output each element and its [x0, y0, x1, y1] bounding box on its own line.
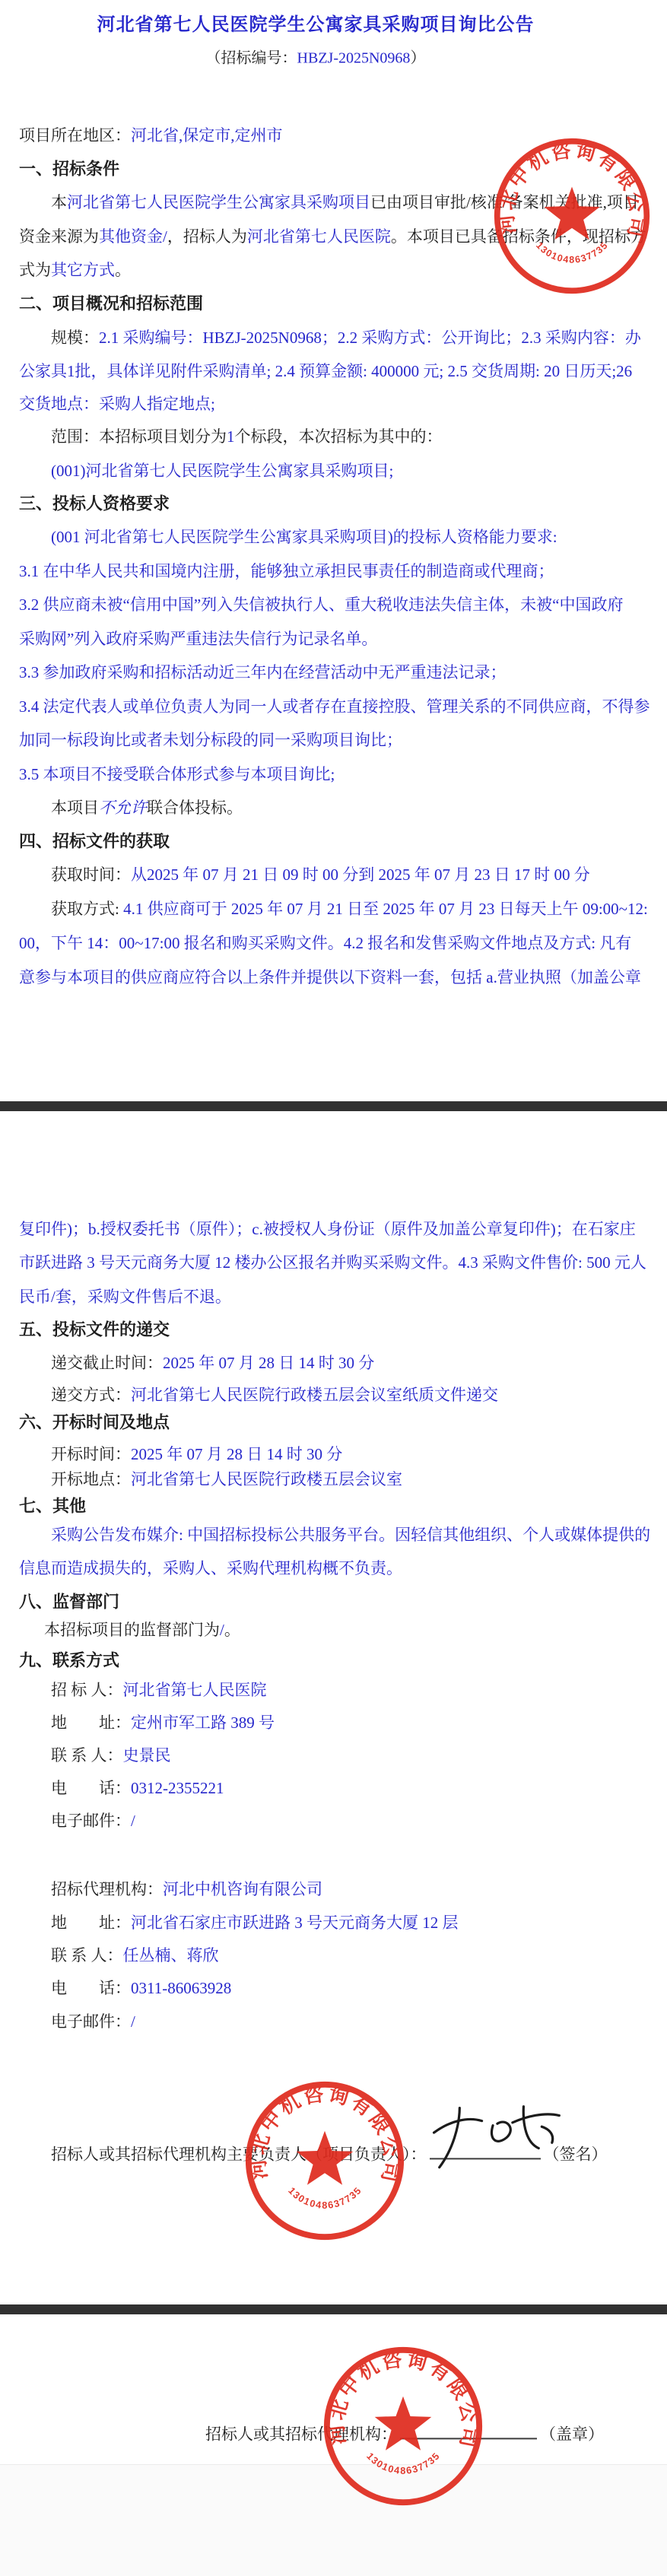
doc-title: 河北省第七人民医院学生公寓家具采购项目询比公告	[0, 14, 631, 37]
text-segment: 河北省第七人民医院	[123, 1681, 267, 1699]
section-heading: 五、投标文件的递交	[19, 1319, 170, 1340]
text-segment: 招标人或其招标代理机构主要负责人（项目负责人）：	[51, 2145, 427, 2163]
text-line: 采购公告发布媒介: 中国招标投标公共服务平台。因轻信其他组织、个人或媒体提供的	[51, 1525, 650, 1545]
text-segment: /	[131, 2012, 135, 2031]
section-heading: 七、其他	[19, 1495, 86, 1517]
text-line: 获取时间：从2025 年 07 月 21 日 09 时 00 分到 2025 年…	[51, 865, 590, 885]
text-segment: 加同一标段询比或者未划分标段的同一采购项目询比；	[19, 731, 402, 749]
text-segment: 电 话：	[51, 1779, 131, 1797]
signature-line-org: 招标人或其招标代理机构：（盖章）	[205, 2423, 604, 2444]
text-segment: 任丛楠、蒋欣	[123, 1946, 219, 1965]
section-heading: 九、联系方式	[19, 1650, 119, 1671]
text-segment: 其他资金/	[99, 227, 167, 246]
text-segment: 八、监督部门	[19, 1592, 119, 1611]
text-segment: 递交截止时间：	[51, 1354, 163, 1372]
text-segment: 五、投标文件的递交	[19, 1320, 170, 1339]
text-segment: 公家具1批，具体详见附件采购清单; 2.4 预算金额: 400000 元; 2.…	[19, 362, 632, 380]
text-segment: 招标代理机构：	[51, 1880, 163, 1898]
section-heading: 三、投标人资格要求	[19, 493, 170, 514]
text-line: 交货地点：采购人指定地点;	[19, 394, 215, 414]
text-line: 招 标 人：河北省第七人民医院	[51, 1680, 267, 1700]
text-segment: 三、投标人资格要求	[19, 494, 170, 513]
text-line: 本河北省第七人民医院学生公寓家具采购项目已由项目审批/核准/备案机关批准,项目	[51, 192, 639, 212]
text-segment: 开标地点：	[51, 1470, 131, 1488]
text-line: 电 话：0312-2355221	[51, 1778, 224, 1798]
text-line: 递交方式：河北省第七人民医院行政楼五层会议室纸质文件递交	[51, 1385, 498, 1405]
text-line: 递交截止时间：2025 年 07 月 28 日 14 时 30 分	[51, 1353, 374, 1373]
text-segment: 0311-86063928	[131, 1979, 231, 1997]
text-line: 00，下午 14：00~17:00 报名和购买采购文件。4.2 报名和发售采购文…	[19, 933, 631, 953]
text-segment: 电子邮件：	[51, 2012, 131, 2031]
section-heading: 六、开标时间及地点	[19, 1412, 170, 1433]
text-line: 3.3 参加政府采购和招标活动近三年内在经营活动中无严重违法记录；	[19, 662, 507, 682]
text-segment: 递交方式：	[51, 1386, 131, 1404]
text-line: 3.2 供应商未被“信用中国”列入失信被执行人、重大税收违法失信主体，未被“中国…	[19, 595, 623, 615]
text-segment: 。	[224, 1621, 240, 1639]
text-segment: 联 系 人：	[51, 1746, 123, 1764]
text-segment: 河北省第七人民医院	[247, 227, 391, 246]
text-segment: ，招标人为	[167, 227, 247, 246]
text-segment: 已由项目审批/核准/备案机关批准,项目	[370, 193, 639, 211]
text-line: 获取方式: 4.1 供应商可于 2025 年 07 月 21 日至 2025 年…	[51, 899, 648, 919]
handwritten-signature	[426, 2094, 575, 2177]
text-line: 3.4 法定代表人或单位负责人为同一人或者存在直接控股、管理关系的不同供应商，不…	[19, 697, 650, 716]
text-line: 资金来源为其他资金/，招标人为河北省第七人民医院。本项目已具备招标条件，现招标方	[19, 227, 646, 246]
text-segment: 七、其他	[19, 1496, 86, 1515]
text-line: 采购网”列入政府采购严重违法失信行为记录名单。	[19, 629, 377, 649]
text-line: 地 址：河北省石家庄市跃进路 3 号天元商务大厦 12 层	[51, 1913, 459, 1933]
text-segment: 1	[227, 427, 235, 446]
doc-number: （招标编号：HBZJ-2025N0968）	[0, 49, 631, 68]
text-segment: 项目所在地区：	[19, 126, 131, 145]
text-segment: 采购公告发布媒介: 中国招标投标公共服务平台。因轻信其他组织、个人或媒体提供的	[51, 1526, 650, 1544]
section-heading: 四、招标文件的获取	[19, 831, 170, 852]
text-segment: 本项目	[51, 799, 99, 817]
text-segment: 资金来源为	[19, 227, 99, 246]
text-segment: 获取时间：	[51, 866, 131, 884]
text-segment: /	[131, 1812, 135, 1830]
text-segment: 联 系 人：	[51, 1946, 123, 1965]
text-segment: 其它方式	[51, 261, 115, 279]
text-segment: 式为	[19, 261, 51, 279]
text-line: 公家具1批，具体详见附件采购清单; 2.4 预算金额: 400000 元; 2.…	[19, 361, 632, 381]
text-line: 信息而造成损失的，采购人、采购代理机构概不负责。	[19, 1558, 402, 1578]
text-segment: 信息而造成损失的，采购人、采购代理机构概不负责。	[19, 1559, 402, 1577]
text-segment: 一、招标条件	[19, 159, 119, 178]
text-line: (001 河北省第七人民医院学生公寓家具采购项目)的投标人资格能力要求:	[51, 527, 557, 547]
text-line: 地 址：定州市军工路 389 号	[51, 1713, 275, 1733]
text-line: 招标代理机构：河北中机咨询有限公司	[51, 1879, 322, 1899]
text-segment: （招标编号：	[206, 50, 297, 67]
text-segment: 4.1 供应商可于 2025 年 07 月 21 日至 2025 年 07 月 …	[123, 900, 648, 918]
text-segment: 四、招标文件的获取	[19, 831, 170, 850]
text-segment: 。	[115, 261, 131, 279]
page-separator	[0, 2304, 667, 2314]
text-segment: 河北省第七人民医院行政楼五层会议室纸质文件递交	[131, 1386, 498, 1404]
text-segment: 史景民	[123, 1746, 171, 1764]
text-line: 联 系 人：史景民	[51, 1745, 171, 1765]
text-segment: 意参与本项目的供应商应符合以上条件并提供以下资料一套，包括 a.营业执照（加盖公…	[19, 968, 641, 986]
text-line: 3.5 本项目不接受联合体形式参与本项目询比;	[19, 764, 335, 784]
text-segment: 个标段，本次招标为其中的：	[235, 427, 443, 446]
text-segment: 复印件)；b.授权委托书（原件）；c.被授权人身份证（原件及加盖公章复印件)；在…	[19, 1220, 636, 1238]
text-segment: 本招标项目的监督部门为	[44, 1621, 220, 1639]
text-segment: （盖章）	[540, 2425, 604, 2443]
text-segment: 3.3 参加政府采购和招标活动近三年内在经营活动中无严重违法记录；	[19, 663, 507, 681]
text-segment: 联合体投标。	[147, 799, 243, 817]
text-line: 电 话：0311-86063928	[51, 1978, 231, 1998]
text-segment: 地 址：	[51, 1714, 131, 1732]
text-segment: 00，下午 14：00~17:00 报名和购买采购文件。4.2 报名和发售采购文…	[19, 934, 631, 952]
text-segment: 招 标 人：	[51, 1681, 123, 1699]
text-segment: 市跃进路 3 号天元商务大厦 12 楼办公区报名并购买采购文件。4.3 采购文件…	[19, 1253, 646, 1272]
text-segment: 2025 年 07 月 28 日 14 时 30 分	[163, 1354, 374, 1372]
section-heading: 八、监督部门	[19, 1591, 119, 1612]
text-segment: 定州市军工路 389 号	[131, 1714, 275, 1732]
text-segment: 招标人或其招标代理机构：	[205, 2425, 397, 2443]
text-segment: 电子邮件：	[51, 1812, 131, 1830]
text-segment: 河北省第七人民医院学生公寓家具采购项目	[67, 193, 370, 211]
text-line: 复印件)；b.授权委托书（原件）；c.被授权人身份证（原件及加盖公章复印件)；在…	[19, 1219, 636, 1239]
text-segment: 九、联系方式	[19, 1650, 119, 1669]
text-segment: 。本项目已具备招标条件，现招标方	[391, 227, 646, 246]
text-segment: ）	[410, 50, 425, 67]
text-line: 范围：本招标项目划分为1个标段，本次招标为其中的：	[51, 427, 443, 446]
text-line: 开标地点：河北省第七人民医院行政楼五层会议室	[51, 1469, 402, 1489]
text-segment: 电 话：	[51, 1979, 131, 1997]
section-heading: 一、招标条件	[19, 158, 119, 179]
text-segment: 民币/套，采购文件售后不退。	[19, 1288, 231, 1306]
text-segment: 河北省,保定市,定州市	[131, 126, 283, 145]
text-segment: 2025 年 07 月 28 日 14 时 30 分	[131, 1445, 342, 1463]
text-line: 式为其它方式。	[19, 260, 131, 280]
text-line: 3.1 在中华人民共和国境内注册，能够独立承担民事责任的制造商或代理商；	[19, 561, 554, 581]
text-segment: 3.2 供应商未被“信用中国”列入失信被执行人、重大税收违法失信主体，未被“中国…	[19, 596, 623, 614]
text-segment: HBZJ-2025N0968	[297, 50, 411, 67]
text-segment: 2.1 采购编号：HBZJ-2025N0968；2.2 采购方式：公开询比；2.…	[99, 329, 641, 347]
text-segment: 采购网”列入政府采购严重违法失信行为记录名单。	[19, 630, 377, 648]
text-line: 联 系 人：任丛楠、蒋欣	[51, 1945, 219, 1965]
text-segment: 地 址：	[51, 1914, 131, 1932]
text-segment: 范围：本招标项目划分为	[51, 427, 227, 446]
text-segment: 3.1 在中华人民共和国境内注册，能够独立承担民事责任的制造商或代理商；	[19, 562, 554, 580]
text-line: 电子邮件：/	[51, 2012, 135, 2031]
text-segment: 河北省第七人民医院学生公寓家具采购项目询比公告	[97, 15, 535, 35]
text-segment: 3.4 法定代表人或单位负责人为同一人或者存在直接控股、管理关系的不同供应商，不…	[19, 697, 650, 716]
text-segment: 河北省石家庄市跃进路 3 号天元商务大厦 12 层	[131, 1914, 459, 1932]
page-separator	[0, 1101, 667, 1111]
text-line: 本招标项目的监督部门为/。	[44, 1620, 240, 1640]
text-segment: 0312-2355221	[131, 1779, 224, 1797]
project-region: 项目所在地区：河北省,保定市,定州市	[19, 125, 283, 145]
text-segment: 二、项目概况和招标范围	[19, 294, 203, 313]
text-segment: 从2025 年 07 月 21 日 09 时 00 分到 2025 年 07 月…	[131, 866, 590, 884]
text-line: 电子邮件：/	[51, 1811, 135, 1831]
text-segment: 获取方式:	[51, 900, 123, 918]
text-line: 市跃进路 3 号天元商务大厦 12 楼办公区报名并购买采购文件。4.3 采购文件…	[19, 1253, 646, 1272]
text-segment: 河北中机咨询有限公司	[163, 1880, 322, 1898]
text-segment: (001 河北省第七人民医院学生公寓家具采购项目)的投标人资格能力要求:	[51, 528, 557, 546]
text-segment: (001)河北省第七人民医院学生公寓家具采购项目;	[51, 462, 393, 480]
page-3-scan-edge	[0, 2464, 667, 2576]
signature-blank-line	[400, 2423, 537, 2439]
text-segment: 本	[51, 193, 67, 211]
section-heading: 二、项目概况和招标范围	[19, 293, 203, 314]
text-line: 加同一标段询比或者未划分标段的同一采购项目询比；	[19, 730, 402, 750]
text-line: 民币/套，采购文件售后不退。	[19, 1287, 231, 1307]
text-segment: 规模：	[51, 329, 99, 347]
text-segment: 3.5 本项目不接受联合体形式参与本项目询比;	[19, 765, 335, 783]
text-segment: 交货地点：采购人指定地点;	[19, 395, 215, 413]
text-line: 意参与本项目的供应商应符合以上条件并提供以下资料一套，包括 a.营业执照（加盖公…	[19, 967, 641, 987]
text-segment: 河北省第七人民医院行政楼五层会议室	[131, 1470, 402, 1488]
text-segment: 六、开标时间及地点	[19, 1412, 170, 1431]
text-segment: 开标时间：	[51, 1445, 131, 1463]
text-line: 本项目不允许联合体投标。	[51, 798, 243, 818]
text-segment: 不允许	[99, 799, 147, 817]
text-line: 开标时间：2025 年 07 月 28 日 14 时 30 分	[51, 1444, 342, 1464]
text-line: (001)河北省第七人民医院学生公寓家具采购项目;	[51, 461, 393, 481]
text-line: 规模：2.1 采购编号：HBZJ-2025N0968；2.2 采购方式：公开询比…	[51, 328, 641, 348]
